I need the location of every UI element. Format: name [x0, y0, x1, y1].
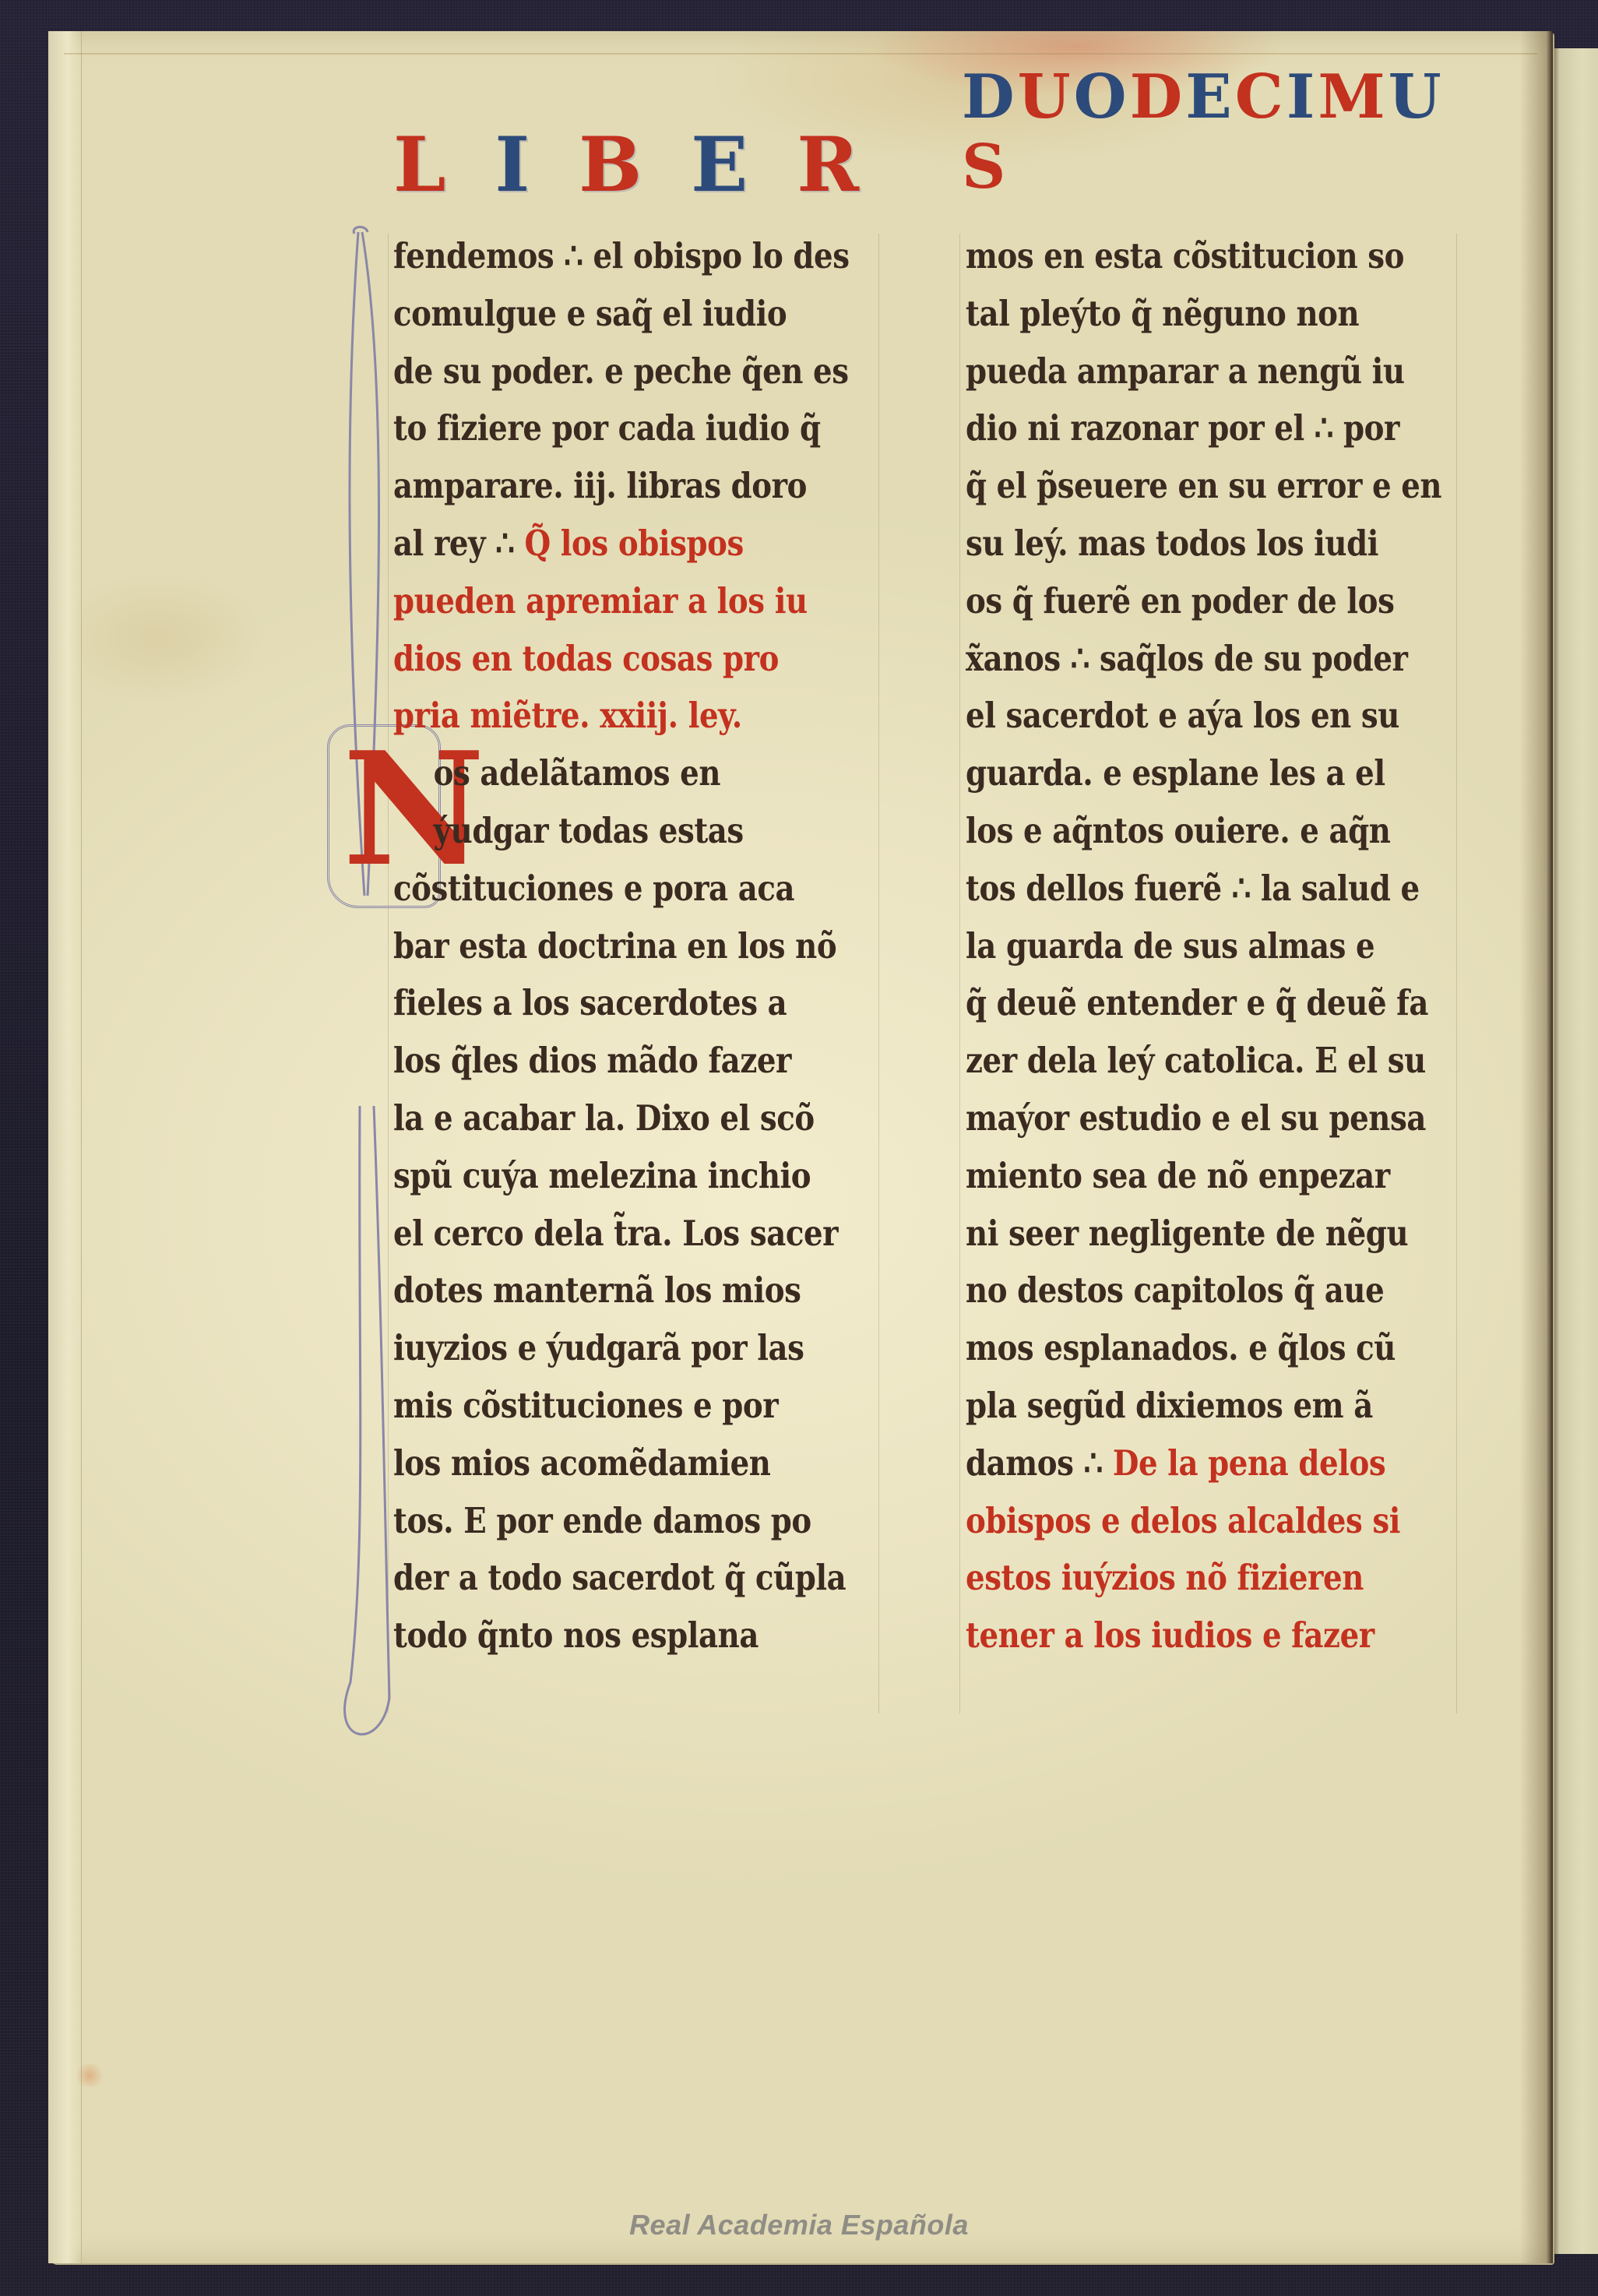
header-letter: B — [579, 128, 643, 202]
header-letter: U — [1389, 62, 1445, 132]
line-text: guarda. e esplane les a el — [966, 752, 1385, 794]
line-text: dios en todas cosas pro — [393, 638, 779, 679]
text-line: de su poder. e peche q̃en es — [393, 343, 822, 400]
line-text: al rey ∴ — [393, 523, 514, 564]
text-line: mos esplanados. e q̃los cũ — [966, 1319, 1388, 1377]
text-line: no destos capitolos q̃ aue — [966, 1262, 1388, 1319]
text-line: pla segũd dixiemos em ã — [966, 1377, 1388, 1435]
rubric-line: obispos e delos alcaldes si — [966, 1492, 1388, 1550]
line-text: x̃anos ∴ saq̃los de su poder — [966, 638, 1407, 679]
header-letter: I — [1286, 62, 1318, 132]
text-line: su leý. mas todos los iudi — [966, 515, 1388, 572]
line-text: obispos e delos alcaldes si — [966, 1500, 1400, 1541]
text-line: cõstituciones e pora aca — [393, 860, 822, 917]
line-text: zer dela leý catolica. E el su — [966, 1040, 1426, 1081]
line-text: dio ni razonar por el ∴ por — [966, 407, 1399, 449]
line-text: os q̃ fuerẽ en poder de los — [966, 580, 1394, 622]
text-line: los mios acomẽdamien — [393, 1435, 822, 1492]
adjacent-leaf-edge — [1550, 48, 1598, 2254]
text-line: mis cõstituciones e por — [393, 1377, 822, 1435]
line-text: los mios acomẽdamien — [393, 1442, 770, 1484]
text-column-right: mos en esta cõstitucion sotal pleýto q̃ … — [966, 227, 1456, 1664]
header-letter: O — [1074, 62, 1130, 132]
line-text: fieles a los sacerdotes a — [393, 982, 787, 1023]
watermark-institution: Real Academia Española — [0, 2209, 1598, 2241]
line-text: su leý. mas todos los iudi — [966, 523, 1378, 564]
line-text: os adelãtamos en — [434, 752, 720, 794]
line-text: mis cõstituciones e por — [393, 1385, 778, 1426]
ruling-line — [388, 234, 389, 1713]
text-line: tos dellos fuerẽ ∴ la salud e — [966, 860, 1388, 917]
line-text: to fiziere por cada iudio q̃ — [393, 407, 821, 449]
line-text: pria miẽtre. xxiij. ley. — [393, 695, 742, 736]
text-line: to fiziere por cada iudio q̃ — [393, 400, 822, 457]
line-text: dotes manternã los mios — [393, 1269, 801, 1311]
ruling-line — [959, 234, 960, 1713]
line-text: la guarda de sus almas e — [966, 925, 1374, 967]
rubric-line: pria miẽtre. xxiij. ley. — [393, 687, 822, 745]
text-line: maýor estudio e el su pensa — [966, 1090, 1388, 1147]
header-letter: S — [962, 132, 1008, 202]
line-text: tos. E por ende damos po — [393, 1500, 811, 1541]
header-letter: C — [1235, 62, 1286, 132]
line-text: ýudgar todas estas — [434, 810, 744, 851]
line-text: todo q̃nto nos esplana — [393, 1615, 759, 1656]
line-text: fendemos ∴ el obispo lo des — [393, 235, 850, 276]
header-letter: U — [1018, 62, 1074, 132]
text-line: fieles a los sacerdotes a — [393, 974, 822, 1032]
text-line: os adelãtamos en — [393, 745, 822, 802]
rubric-line: estos iuýzios nõ fizieren — [966, 1549, 1388, 1607]
rubric-heading: Q̃ los obispos — [514, 523, 743, 564]
text-line: bar esta doctrina en los nõ — [393, 917, 822, 975]
text-line: los e aq̃ntos ouiere. e aq̃n — [966, 802, 1388, 860]
header-letter: D — [962, 62, 1018, 132]
header-letter: L — [393, 128, 448, 202]
header-letter: M — [1318, 62, 1388, 132]
line-text: ni seer negligente de nẽgu — [966, 1213, 1408, 1254]
text-line: q̃ el p̃seuere en su error e en — [966, 457, 1388, 515]
line-text: de su poder. e peche q̃en es — [393, 350, 849, 392]
line-text: pueda amparar a nengũ iu — [966, 350, 1405, 392]
line-text: la e acabar la. Dixo el scõ — [393, 1097, 815, 1139]
text-line: x̃anos ∴ saq̃los de su poder — [966, 630, 1388, 688]
line-text: los e aq̃ntos ouiere. e aq̃n — [966, 810, 1391, 851]
running-header-duodecimus: DUODECIMUS — [962, 117, 1452, 202]
text-line: dio ni razonar por el ∴ por — [966, 400, 1388, 457]
line-text: tal pleýto q̃ nẽguno non — [966, 293, 1359, 334]
text-line: todo q̃nto nos esplana — [393, 1607, 822, 1664]
line-text: der a todo sacerdot q̃ cũpla — [393, 1557, 846, 1598]
text-line: tal pleýto q̃ nẽguno non — [966, 285, 1388, 343]
text-line: os q̃ fuerẽ en poder de los — [966, 572, 1388, 630]
rubric-heading: De la pena delos — [1103, 1442, 1385, 1484]
text-line: tos. E por ende damos po — [393, 1492, 822, 1550]
text-line: ýudgar todas estas — [393, 802, 822, 860]
text-line: damos ∴ De la pena delos — [966, 1435, 1388, 1492]
line-text: pueden apremiar a los iu — [393, 580, 808, 622]
line-text: el cerco dela t̃ra. Los sacer — [393, 1213, 838, 1254]
line-text: q̃ el p̃seuere en su error e en — [966, 465, 1441, 506]
text-line: dotes manternã los mios — [393, 1262, 822, 1319]
rubric-line: tener a los iudios e fazer — [966, 1607, 1388, 1664]
text-line: iuyzios e ýudgarã por las — [393, 1319, 822, 1377]
line-text: tener a los iudios e fazer — [966, 1615, 1374, 1656]
line-text: pla segũd dixiemos em ã — [966, 1385, 1373, 1426]
text-line: la e acabar la. Dixo el scõ — [393, 1090, 822, 1147]
header-letter: E — [1185, 62, 1234, 132]
line-text: los q̃les dios mãdo fazer — [393, 1040, 791, 1081]
line-text: maýor estudio e el su pensa — [966, 1097, 1426, 1139]
text-line: el sacerdot e aýa los en su — [966, 687, 1388, 745]
header-letter: R — [797, 128, 861, 202]
text-line: miento sea de nõ enpezar — [966, 1147, 1388, 1205]
line-text: mos en esta cõstitucion so — [966, 235, 1404, 276]
header-letter: E — [691, 128, 749, 202]
text-line: der a todo sacerdot q̃ cũpla — [393, 1549, 822, 1607]
line-text: estos iuýzios nõ fizieren — [966, 1557, 1364, 1598]
line-text: miento sea de nõ enpezar — [966, 1155, 1390, 1196]
text-line: zer dela leý catolica. E el su — [966, 1032, 1388, 1090]
line-text: comulgue e saq̃ el iudio — [393, 293, 787, 334]
running-header-word: DUODECIMUS — [962, 62, 1452, 202]
rubric-line: dios en todas cosas pro — [393, 630, 822, 688]
line-text: tos dellos fuerẽ ∴ la salud e — [966, 868, 1420, 909]
header-letter: I — [495, 128, 531, 202]
text-line: comulgue e saq̃ el iudio — [393, 285, 822, 343]
text-line: q̃ deuẽ entender e q̃ deuẽ fa — [966, 974, 1388, 1032]
header-letter: D — [1130, 62, 1186, 132]
line-text: no destos capitolos q̃ aue — [966, 1269, 1384, 1311]
text-line: pueda amparar a nengũ iu — [966, 343, 1388, 400]
line-text: spũ cuýa melezina inchio — [393, 1155, 811, 1196]
text-line: amparare. iij. libras doro — [393, 457, 822, 515]
line-text: cõstituciones e pora aca — [393, 868, 794, 909]
text-line: los q̃les dios mãdo fazer — [393, 1032, 822, 1090]
line-text: mos esplanados. e q̃los cũ — [966, 1327, 1396, 1368]
rubric-line: pueden apremiar a los iu — [393, 572, 822, 630]
text-line: ni seer negligente de nẽgu — [966, 1205, 1388, 1262]
line-text: q̃ deuẽ entender e q̃ deuẽ fa — [966, 982, 1428, 1023]
stain — [74, 2064, 105, 2087]
text-line: fendemos ∴ el obispo lo des — [393, 227, 822, 285]
text-line: guarda. e esplane les a el — [966, 745, 1388, 802]
text-line: mos en esta cõstitucion so — [966, 227, 1388, 285]
text-line: la guarda de sus almas e — [966, 917, 1388, 975]
text-line: el cerco dela t̃ra. Los sacer — [393, 1205, 822, 1262]
line-text: amparare. iij. libras doro — [393, 465, 807, 506]
text-line: spũ cuýa melezina inchio — [393, 1147, 822, 1205]
text-line: al rey ∴ Q̃ los obispos — [393, 515, 822, 572]
line-text: damos ∴ — [966, 1442, 1103, 1484]
text-column-left: fendemos ∴ el obispo lo descomulgue e sa… — [393, 227, 892, 1664]
line-text: bar esta doctrina en los nõ — [393, 925, 836, 967]
running-header-liber: LIBER — [393, 117, 861, 202]
ruling-line — [1456, 234, 1457, 1713]
page-gutter-shadow — [1520, 31, 1553, 2263]
line-text: el sacerdot e aýa los en su — [966, 695, 1399, 736]
line-text: iuyzios e ýudgarã por las — [393, 1327, 804, 1368]
